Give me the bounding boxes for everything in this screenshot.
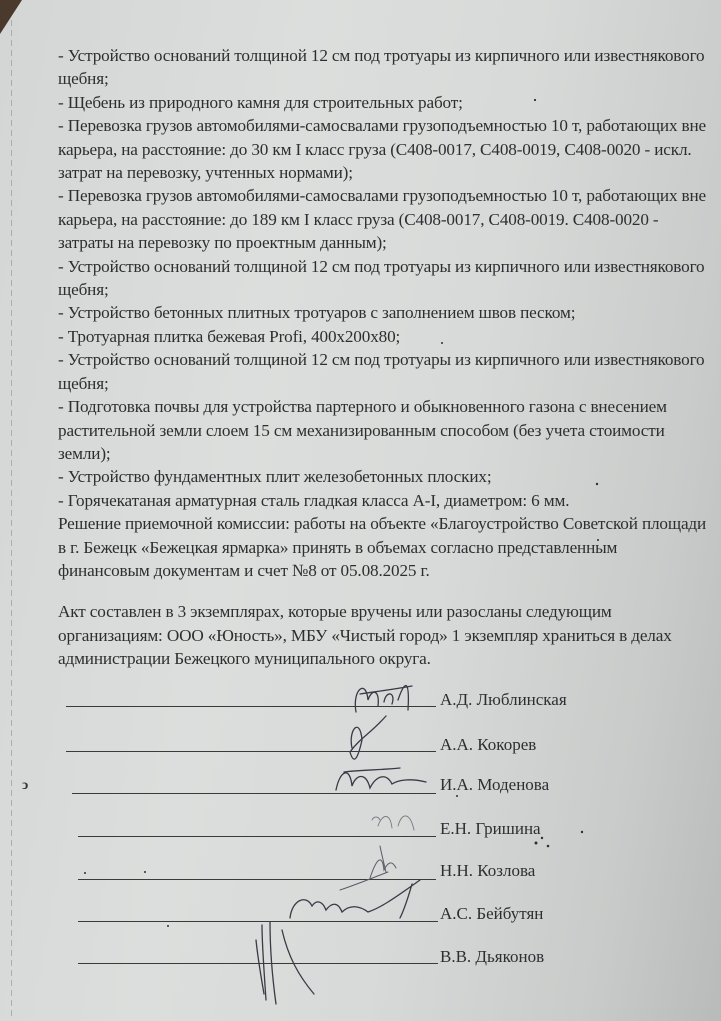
signature-line	[72, 793, 436, 794]
signature-line	[66, 751, 436, 752]
signatory-name: А.С. Бейбутян	[440, 904, 543, 924]
signatory-name: В.В. Дьяконов	[440, 947, 544, 967]
signatory-name: Н.Н. Козлова	[440, 861, 535, 881]
signature-line	[78, 879, 436, 880]
signature-line	[78, 963, 438, 964]
signature-block: А.Д. Люблинская А.А. Кокорев И.А. Модено…	[0, 0, 721, 1021]
signature-line	[66, 706, 436, 707]
signatory-name: А.А. Кокорев	[440, 735, 536, 755]
signatory-name: Е.Н. Гришина	[440, 819, 541, 839]
signature-line	[78, 836, 436, 837]
signature-line	[78, 921, 438, 922]
signatory-name: А.Д. Люблинская	[440, 690, 567, 710]
handwritten-signatures	[0, 0, 721, 1021]
signatory-name: И.А. Моденова	[440, 775, 549, 795]
